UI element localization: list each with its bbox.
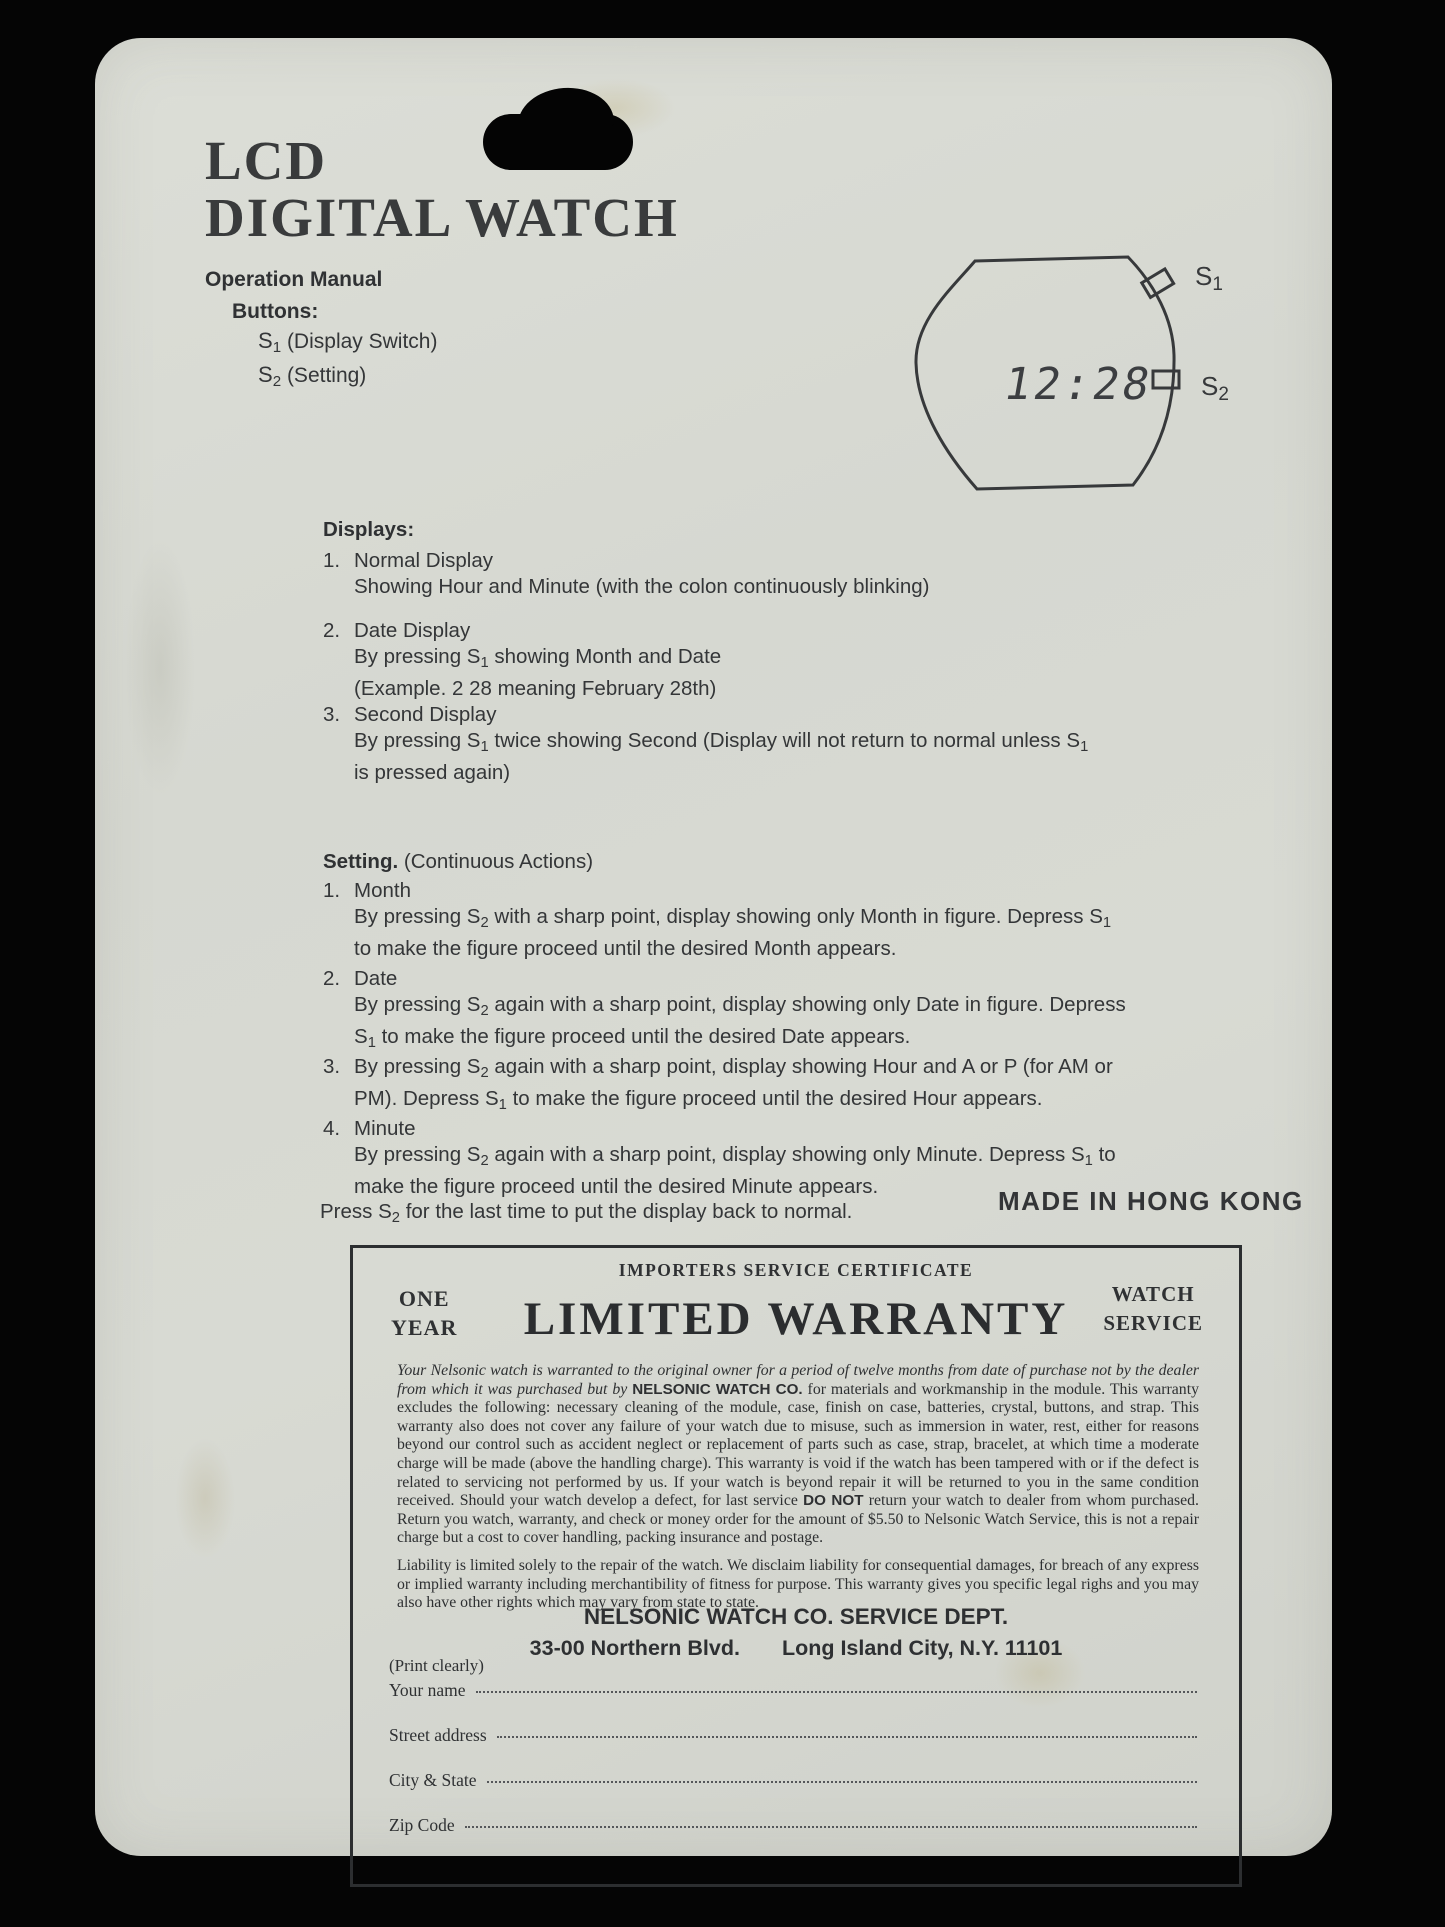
setting-item-minute: 4. Minute By pressing S2 again with a sh…	[323, 1116, 1116, 1200]
setting-item-date: 2. Date By pressing S2 again with a shar…	[323, 966, 1126, 1056]
photo-background: LCD DIGITAL WATCH Operation Manual Butto…	[0, 0, 1445, 1927]
item-line: (Example. 2 28 meaning February 28th)	[354, 676, 721, 702]
s1-label: S1	[1195, 261, 1223, 295]
service-dept-line: NELSONIC WATCH CO. SERVICE DEPT.	[353, 1604, 1239, 1630]
address-line: 33-00 Northern Blvd.Long Island City, N.…	[353, 1636, 1239, 1661]
item-title: Minute	[354, 1116, 1116, 1142]
made-in-label: MADE IN HONG KONG	[998, 1186, 1304, 1217]
write-in-line	[476, 1690, 1198, 1693]
title-line-2: DIGITAL WATCH	[205, 189, 679, 246]
item-title: Date Display	[354, 618, 721, 644]
form-field-zip-code: Zip Code	[389, 1815, 1197, 1836]
warranty-paragraph-1: Your Nelsonic watch is warranted to the …	[397, 1362, 1199, 1548]
field-label: Street address	[389, 1725, 487, 1746]
item-line: PM). Depress S1 to make the figure proce…	[354, 1086, 1113, 1118]
item-line: By pressing S1 twice showing Second (Dis…	[354, 728, 1088, 760]
item-title: Second Display	[354, 702, 1088, 728]
item-line: Showing Hour and Minute (with the colon …	[354, 574, 929, 600]
item-title: Date	[354, 966, 1126, 992]
form-field-city-state: City & State	[389, 1770, 1197, 1791]
field-label: Your name	[389, 1680, 466, 1701]
field-label: City & State	[389, 1770, 477, 1791]
warranty-fine-print: Your Nelsonic watch is warranted to the …	[397, 1362, 1199, 1622]
form-field-your-name: Your name	[389, 1680, 1197, 1701]
operation-manual-label: Operation Manual	[205, 268, 382, 292]
lcd-time: 12:28	[1000, 359, 1156, 410]
watch-diagram: 12:28 S1 S2	[865, 223, 1245, 533]
item-line: By pressing S2 again with a sharp point,…	[354, 992, 1126, 1024]
field-label: Zip Code	[389, 1815, 455, 1836]
city-address-text: Long Island City, N.Y. 11101	[782, 1636, 1062, 1660]
item-line: is pressed again)	[354, 760, 1088, 786]
item-line: to make the figure proceed until the des…	[354, 936, 1111, 962]
certificate-title: IMPORTERS SERVICE CERTIFICATE	[353, 1260, 1239, 1281]
item-line: By pressing S2 again with a sharp point,…	[354, 1142, 1116, 1174]
street-address-text: 33-00 Northern Blvd.	[530, 1636, 740, 1660]
write-in-line	[497, 1735, 1197, 1738]
item-line: By pressing S1 showing Month and Date	[354, 644, 721, 676]
display-item-date: 2. Date Display By pressing S1 showing M…	[323, 618, 721, 702]
setting-item-hour: 3. By pressing S2 again with a sharp poi…	[323, 1054, 1113, 1118]
item-line: By pressing S2 with a sharp point, displ…	[354, 904, 1111, 936]
display-item-normal: 1. Normal Display Showing Hour and Minut…	[323, 548, 929, 600]
setting-heading: Setting. (Continuous Actions)	[323, 850, 593, 874]
s1-button	[1142, 269, 1174, 297]
write-in-line	[465, 1825, 1197, 1828]
paper-stain	[125, 538, 195, 798]
write-in-line	[487, 1780, 1198, 1783]
display-item-second: 3. Second Display By pressing S1 twice s…	[323, 702, 1088, 786]
s2-label: S2	[1201, 371, 1229, 405]
setting-item-month: 1. Month By pressing S2 with a sharp poi…	[323, 878, 1111, 962]
packaging-card: LCD DIGITAL WATCH Operation Manual Butto…	[95, 38, 1332, 1856]
item-title: Normal Display	[354, 548, 929, 574]
button-s2-description: S2 (Setting)	[258, 362, 366, 390]
print-clearly-label: (Print clearly)	[389, 1656, 484, 1676]
page-title: LCD DIGITAL WATCH	[205, 132, 679, 246]
paper-stain	[175, 1438, 235, 1558]
limited-warranty-title: LIMITED WARRANTY	[353, 1292, 1239, 1346]
title-line-1: LCD	[205, 132, 679, 189]
setting-footer: Press S2 for the last time to put the di…	[320, 1200, 852, 1226]
item-line: S1 to make the figure proceed until the …	[354, 1024, 1126, 1056]
buttons-label: Buttons:	[232, 300, 318, 324]
form-field-street-address: Street address	[389, 1725, 1197, 1746]
item-title: Month	[354, 878, 1111, 904]
warranty-certificate-box: IMPORTERS SERVICE CERTIFICATE ONE YEAR W…	[350, 1245, 1242, 1887]
button-s1-description: S1 (Display Switch)	[258, 328, 437, 356]
displays-heading: Displays:	[323, 518, 414, 542]
item-line: By pressing S2 again with a sharp point,…	[354, 1054, 1113, 1086]
